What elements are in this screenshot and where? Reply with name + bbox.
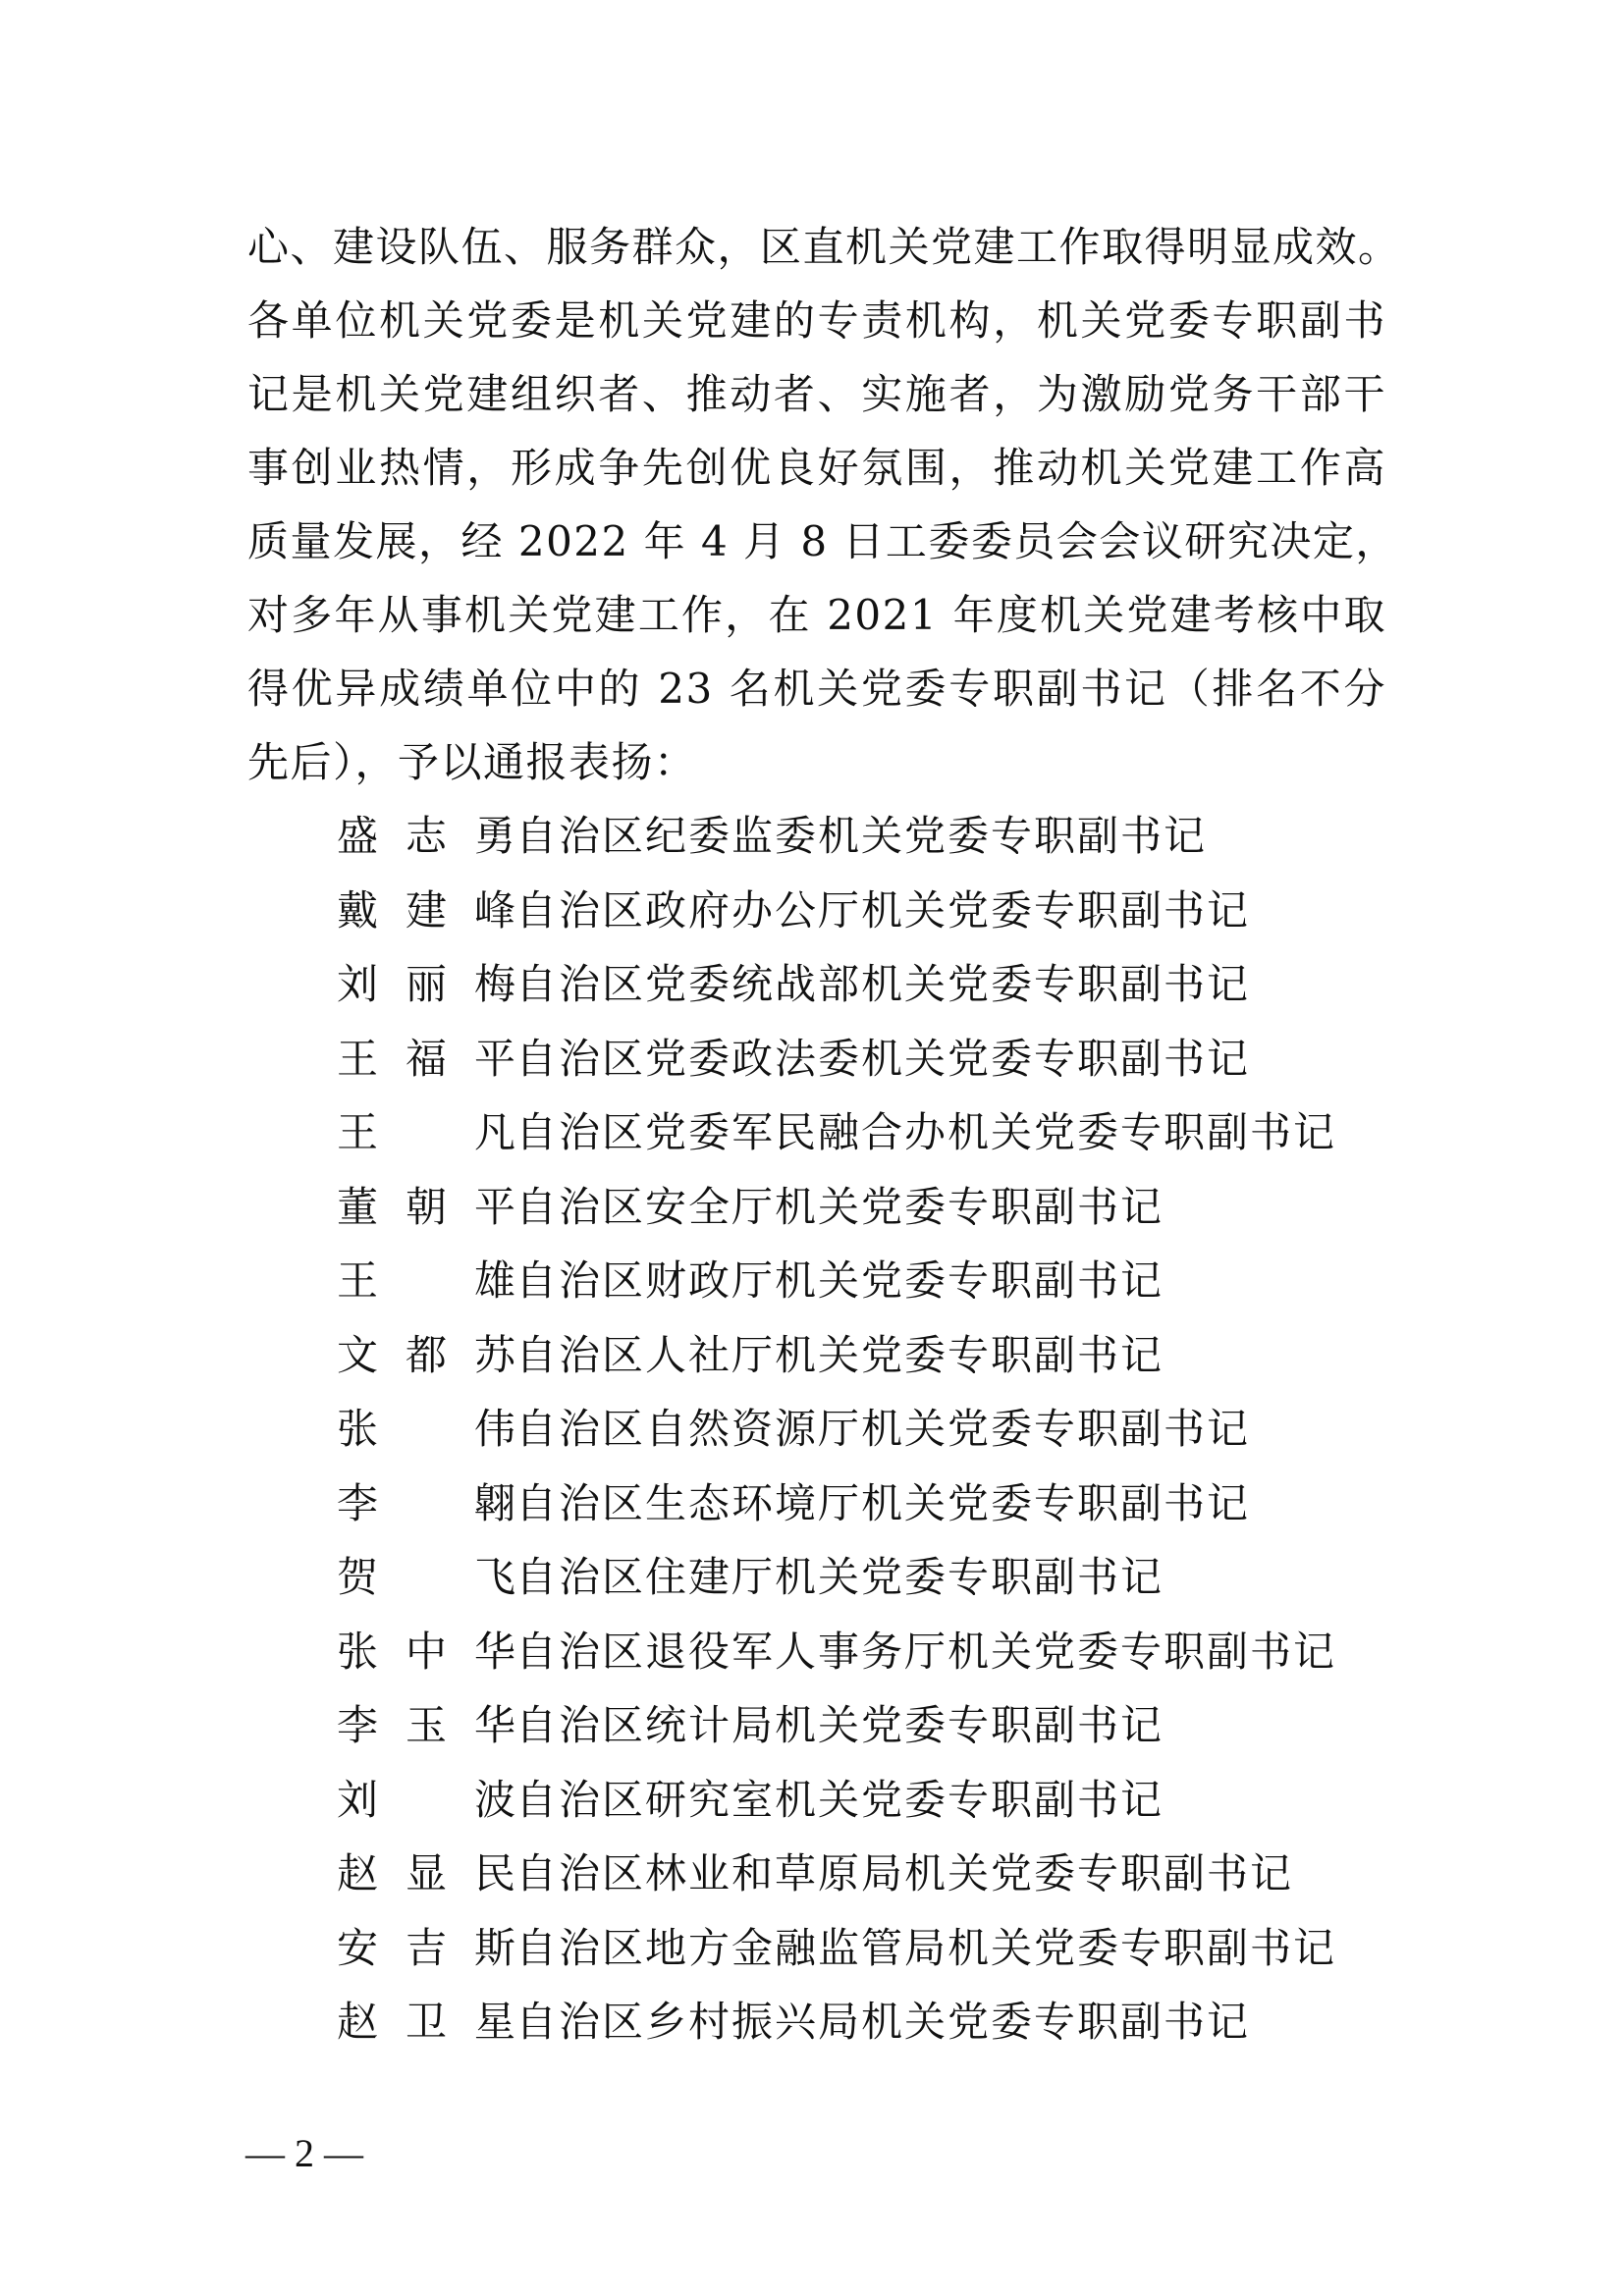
honoree-name: 刘丽梅 <box>337 947 515 1022</box>
honoree-name: 文都苏 <box>337 1318 515 1393</box>
honoree-name: 张中华 <box>337 1615 515 1689</box>
commendation-paragraph: 心、建设队伍、服务群众，区直机关党建工作取得明显成效。 各单位机关党委是机关党建… <box>247 210 1386 799</box>
paragraph-line: 各单位机关党委是机关党建的专责机构，机关党委专职副书 <box>247 284 1386 357</box>
list-item: 文都苏自治区人社厅机关党委专职副书记 <box>337 1318 1336 1393</box>
paragraph-line: 质量发展，经 2022 年 4 月 8 日工委委员会会议研究决定， <box>247 505 1386 578</box>
honoree-organization: 自治区研究室机关党委专职副书记 <box>515 1763 1164 1838</box>
honoree-organization: 自治区党委统战部机关党委专职副书记 <box>515 947 1250 1022</box>
honoree-name: 刘波 <box>337 1763 515 1838</box>
honoree-organization: 自治区自然资源厅机关党委专职副书记 <box>515 1392 1250 1467</box>
list-item: 张伟自治区自然资源厅机关党委专职副书记 <box>337 1392 1336 1467</box>
list-item: 盛志勇自治区纪委监委机关党委专职副书记 <box>337 799 1336 874</box>
honoree-organization: 自治区纪委监委机关党委专职副书记 <box>515 799 1207 874</box>
honoree-organization: 自治区乡村振兴局机关党委专职副书记 <box>515 1985 1250 2059</box>
list-item: 王凡自治区党委军民融合办机关党委专职副书记 <box>337 1095 1336 1170</box>
honoree-list: 盛志勇自治区纪委监委机关党委专职副书记戴建峰自治区政府办公厅机关党委专职副书记刘… <box>337 799 1336 2059</box>
honoree-organization: 自治区生态环境厅机关党委专职副书记 <box>515 1467 1250 1541</box>
honoree-name: 王福平 <box>337 1022 515 1096</box>
honoree-name: 赵显民 <box>337 1837 515 1911</box>
list-item: 王雄自治区财政厅机关党委专职副书记 <box>337 1244 1336 1318</box>
list-item: 戴建峰自治区政府办公厅机关党委专职副书记 <box>337 874 1336 948</box>
honoree-organization: 自治区人社厅机关党委专职副书记 <box>515 1318 1164 1393</box>
honoree-name: 王雄 <box>337 1244 515 1318</box>
list-item: 刘丽梅自治区党委统战部机关党委专职副书记 <box>337 947 1336 1022</box>
honoree-organization: 自治区安全厅机关党委专职副书记 <box>515 1170 1164 1245</box>
honoree-name: 李玉华 <box>337 1688 515 1763</box>
list-item: 贺飞自治区住建厅机关党委专职副书记 <box>337 1540 1336 1615</box>
paragraph-line: 事创业热情，形成争先创优良好氛围，推动机关党建工作高 <box>247 431 1386 505</box>
document-page: 心、建设队伍、服务群众，区直机关党建工作取得明显成效。 各单位机关党委是机关党建… <box>0 0 1624 2296</box>
list-item: 王福平自治区党委政法委机关党委专职副书记 <box>337 1022 1336 1096</box>
list-item: 安吉斯自治区地方金融监管局机关党委专职副书记 <box>337 1911 1336 1986</box>
honoree-name: 贺飞 <box>337 1540 515 1615</box>
list-item: 董朝平自治区安全厅机关党委专职副书记 <box>337 1170 1336 1245</box>
honoree-organization: 自治区政府办公厅机关党委专职副书记 <box>515 874 1250 948</box>
honoree-name: 董朝平 <box>337 1170 515 1245</box>
honoree-organization: 自治区统计局机关党委专职副书记 <box>515 1688 1164 1763</box>
paragraph-line: 记是机关党建组织者、推动者、实施者，为激励党务干部干 <box>247 357 1386 431</box>
honoree-organization: 自治区林业和草原局机关党委专职副书记 <box>515 1837 1293 1911</box>
list-item: 李玉华自治区统计局机关党委专职副书记 <box>337 1688 1336 1763</box>
list-item: 李翺自治区生态环境厅机关党委专职副书记 <box>337 1467 1336 1541</box>
paragraph-line: 心、建设队伍、服务群众，区直机关党建工作取得明显成效。 <box>247 210 1386 284</box>
honoree-name: 安吉斯 <box>337 1911 515 1986</box>
paragraph-line: 对多年从事机关党建工作，在 2021 年度机关党建考核中取 <box>247 578 1386 652</box>
honoree-organization: 自治区党委政法委机关党委专职副书记 <box>515 1022 1250 1096</box>
honoree-name: 戴建峰 <box>337 874 515 948</box>
paragraph-line: 得优异成绩单位中的 23 名机关党委专职副书记（排名不分 <box>247 652 1386 725</box>
honoree-name: 赵卫星 <box>337 1985 515 2059</box>
honoree-name: 王凡 <box>337 1095 515 1170</box>
list-item: 刘波自治区研究室机关党委专职副书记 <box>337 1763 1336 1838</box>
page-number: — 2 — <box>245 2128 363 2179</box>
honoree-organization: 自治区党委军民融合办机关党委专职副书记 <box>515 1095 1336 1170</box>
list-item: 张中华自治区退役军人事务厅机关党委专职副书记 <box>337 1615 1336 1689</box>
honoree-organization: 自治区退役军人事务厅机关党委专职副书记 <box>515 1615 1336 1689</box>
honoree-organization: 自治区财政厅机关党委专职副书记 <box>515 1244 1164 1318</box>
honoree-name: 盛志勇 <box>337 799 515 874</box>
paragraph-line: 先后），予以通报表扬： <box>247 725 1386 799</box>
list-item: 赵卫星自治区乡村振兴局机关党委专职副书记 <box>337 1985 1336 2059</box>
list-item: 赵显民自治区林业和草原局机关党委专职副书记 <box>337 1837 1336 1911</box>
honoree-organization: 自治区住建厅机关党委专职副书记 <box>515 1540 1164 1615</box>
honoree-organization: 自治区地方金融监管局机关党委专职副书记 <box>515 1911 1336 1986</box>
honoree-name: 李翺 <box>337 1467 515 1541</box>
honoree-name: 张伟 <box>337 1392 515 1467</box>
